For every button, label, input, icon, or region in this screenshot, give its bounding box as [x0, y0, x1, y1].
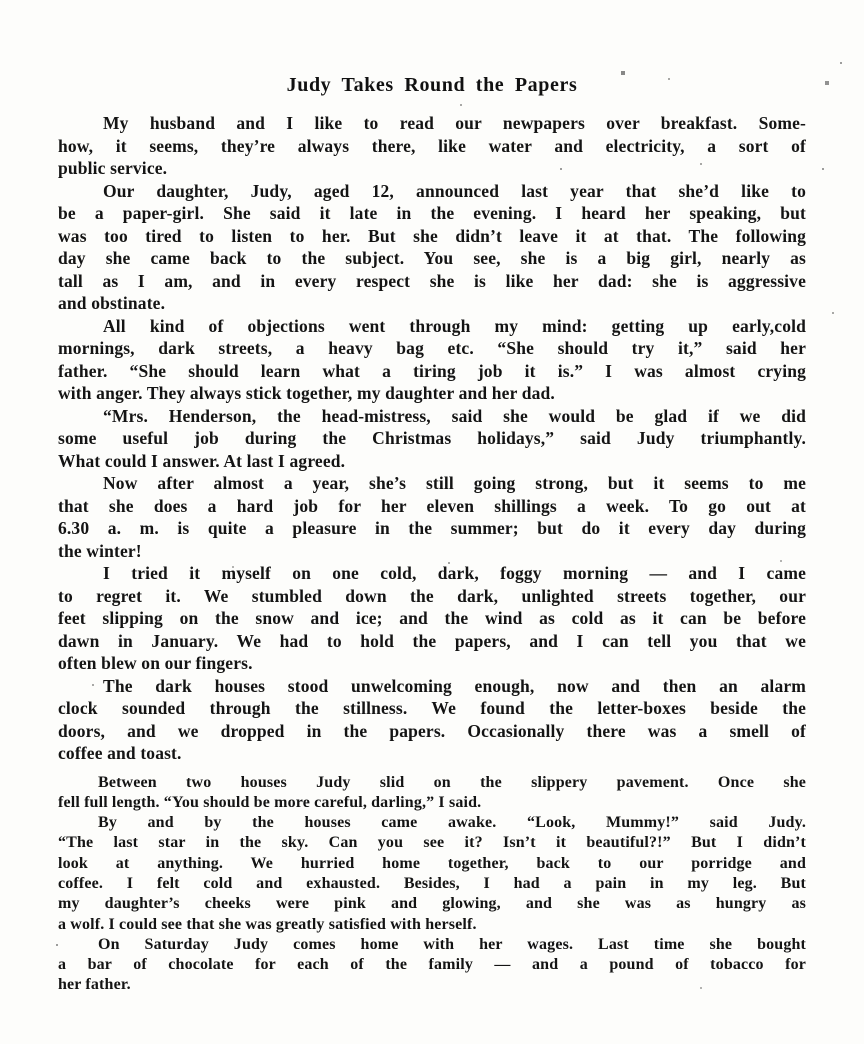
paragraph: All kind of objections went through my m…: [58, 315, 806, 405]
document-body: My husband and I like to read our newpap…: [58, 112, 806, 996]
scanned-document-page: Judy Takes Round the Papers My husband a…: [0, 0, 864, 1044]
text-line: a bar of chocolate for each of the famil…: [58, 955, 806, 975]
paragraph: By and by the houses came awake. “Look, …: [58, 813, 806, 935]
text-line: “Mrs. Henderson, the head-mistress, said…: [58, 405, 806, 428]
text-column: Judy Takes Round the Papers My husband a…: [58, 0, 806, 996]
text-line: fell full length. “You should be more ca…: [58, 793, 806, 813]
text-line: how, it seems, they’re always there, lik…: [58, 135, 806, 158]
text-line: father. “She should learn what a tiring …: [58, 360, 806, 383]
text-line: look at anything. We hurried home togeth…: [58, 854, 806, 874]
text-line: to regret it. We stumbled down the dark,…: [58, 585, 806, 608]
paragraph: I tried it myself on one cold, dark, fog…: [58, 562, 806, 675]
text-line: often blew on our fingers.: [58, 652, 806, 675]
paragraph: “Mrs. Henderson, the head-mistress, said…: [58, 405, 806, 473]
text-line: public service.: [58, 157, 806, 180]
text-line: a wolf. I could see that she was greatly…: [58, 915, 806, 935]
text-line: was too tired to listen to her. But she …: [58, 225, 806, 248]
text-line: and obstinate.: [58, 292, 806, 315]
text-line: some useful job during the Christmas hol…: [58, 427, 806, 450]
text-line: mornings, dark streets, a heavy bag etc.…: [58, 337, 806, 360]
text-line: I tried it myself on one cold, dark, fog…: [58, 562, 806, 585]
text-line: that she does a hard job for her eleven …: [58, 495, 806, 518]
text-line: tall as I am, and in every respect she i…: [58, 270, 806, 293]
section-main: My husband and I like to read our newpap…: [58, 112, 806, 765]
paragraph: Now after almost a year, she’s still goi…: [58, 472, 806, 562]
text-line: On Saturday Judy comes home with her wag…: [58, 935, 806, 955]
text-line: Now after almost a year, she’s still goi…: [58, 472, 806, 495]
paragraph: Our daughter, Judy, aged 12, announced l…: [58, 180, 806, 315]
text-line: doors, and we dropped in the papers. Occ…: [58, 720, 806, 743]
text-line: “The last star in the sky. Can you see i…: [58, 833, 806, 853]
text-line: clock sounded through the stillness. We …: [58, 697, 806, 720]
text-line: Between two houses Judy slid on the slip…: [58, 773, 806, 793]
document-title: Judy Takes Round the Papers: [58, 72, 806, 98]
text-line: All kind of objections went through my m…: [58, 315, 806, 338]
text-line: Our daughter, Judy, aged 12, announced l…: [58, 180, 806, 203]
scan-specks: [0, 0, 2, 2]
text-line: By and by the houses came awake. “Look, …: [58, 813, 806, 833]
text-line: be a paper-girl. She said it late in the…: [58, 202, 806, 225]
text-line: the winter!: [58, 540, 806, 563]
text-line: dawn in January. We had to hold the pape…: [58, 630, 806, 653]
text-line: What could I answer. At last I agreed.: [58, 450, 806, 473]
text-line: The dark houses stood unwelcoming enough…: [58, 675, 806, 698]
text-line: day she came back to the subject. You se…: [58, 247, 806, 270]
text-line: her father.: [58, 975, 806, 995]
text-line: My husband and I like to read our newpap…: [58, 112, 806, 135]
paragraph: My husband and I like to read our newpap…: [58, 112, 806, 180]
text-line: feet slipping on the snow and ice; and t…: [58, 607, 806, 630]
text-line: 6.30 a. m. is quite a pleasure in the su…: [58, 517, 806, 540]
section-closing: Between two houses Judy slid on the slip…: [58, 773, 806, 996]
text-line: coffee. I felt cold and exhausted. Besid…: [58, 874, 806, 894]
text-line: with anger. They always stick together, …: [58, 382, 806, 405]
paragraph: The dark houses stood unwelcoming enough…: [58, 675, 806, 765]
paragraph: Between two houses Judy slid on the slip…: [58, 773, 806, 814]
text-line: my daughter’s cheeks were pink and glowi…: [58, 894, 806, 914]
text-line: coffee and toast.: [58, 742, 806, 765]
paragraph: On Saturday Judy comes home with her wag…: [58, 935, 806, 996]
